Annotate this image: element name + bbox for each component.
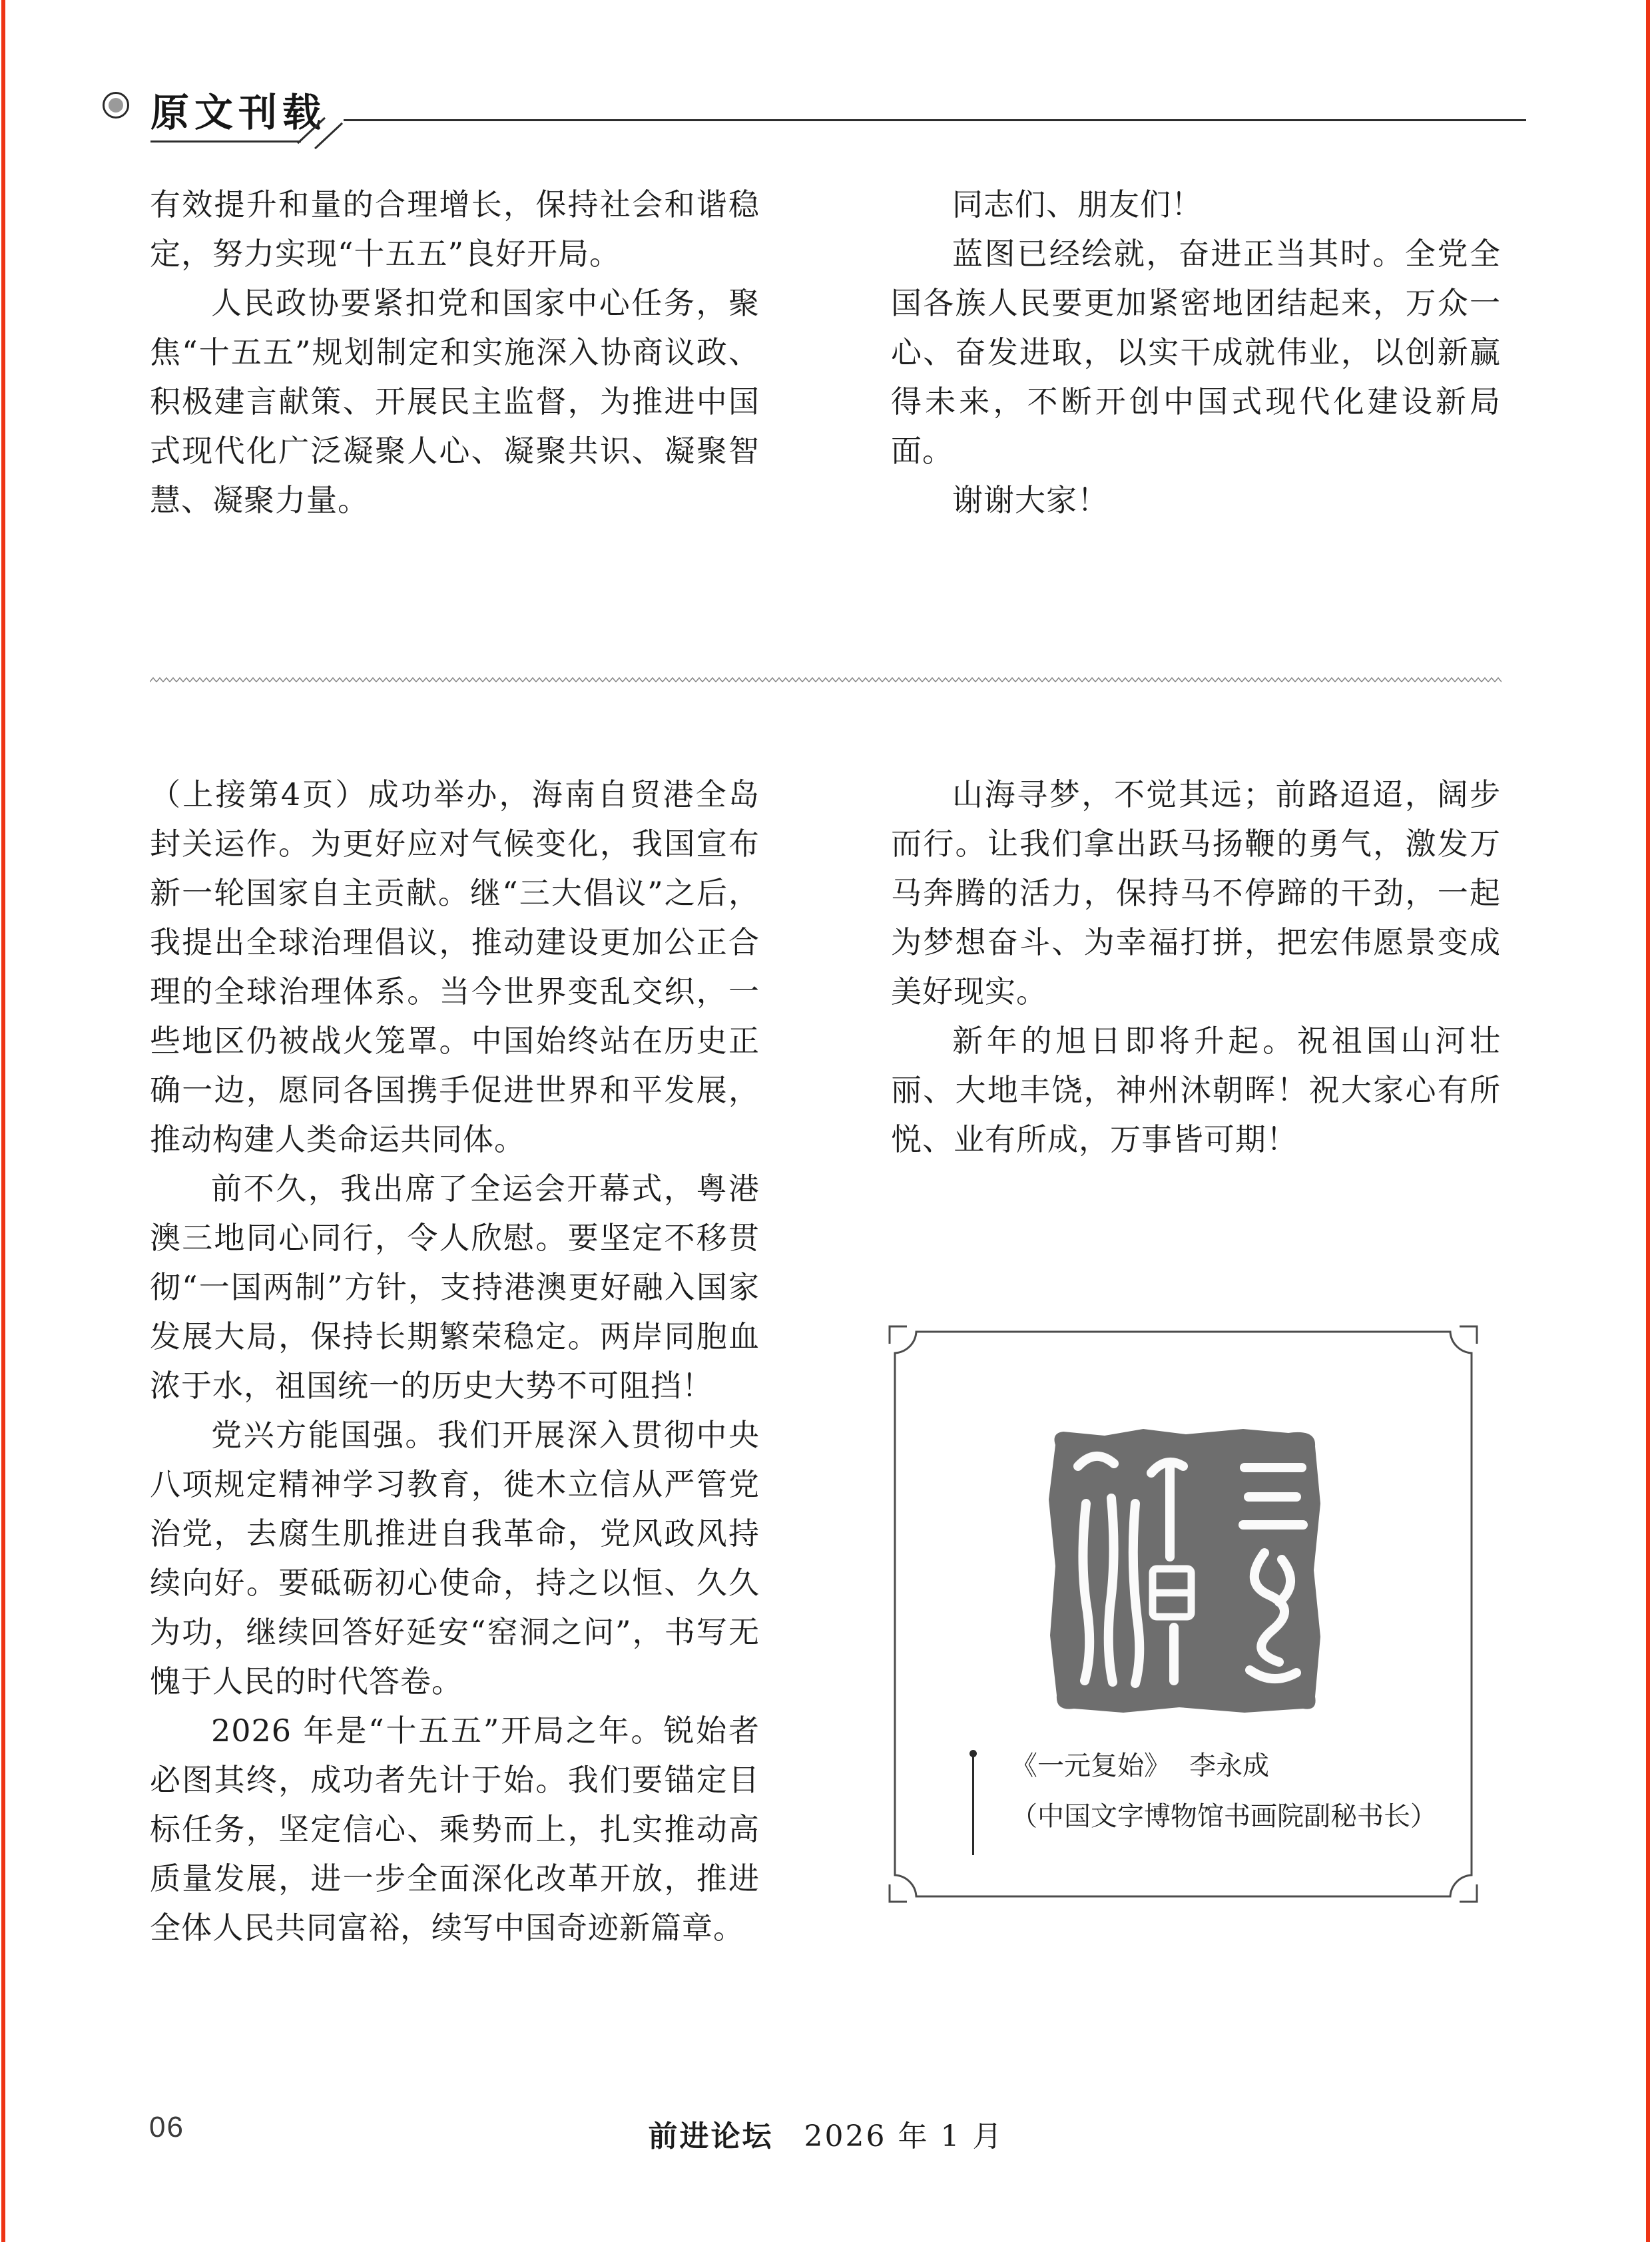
paragraph: 人民政协要紧扣党和国家中心任务，聚焦“十五五”规划制定和实施深入协商议政、积极建… bbox=[150, 278, 760, 525]
section1-right-column: 同志们、朋友们！ 蓝图已经绘就，奋进正当其时。全党全国各族人民要更加紧密地团结起… bbox=[891, 180, 1501, 525]
footer-journal-title: 前进论坛 bbox=[649, 2119, 774, 2153]
zigzag-divider bbox=[150, 674, 1502, 682]
artist-title: （中国文字博物馆书画院副秘书长） bbox=[1011, 1791, 1450, 1842]
header-rule-line bbox=[344, 119, 1526, 121]
title-underline bbox=[150, 140, 301, 142]
bullet-inner-dot bbox=[109, 98, 123, 113]
seal-stamp-image bbox=[1045, 1425, 1324, 1715]
section1-left-column: 有效提升和量的合理增长，保持社会和谐稳定，努力实现“十五五”良好开局。 人民政协… bbox=[150, 180, 760, 525]
footer-center: 前进论坛2026 年 1 月 bbox=[0, 2112, 1652, 2155]
paragraph: 同志们、朋友们！ bbox=[891, 180, 1501, 229]
paragraph: 山海寻梦，不觉其远；前路迢迢，阔步而行。让我们拿出跃马扬鞭的勇气，激发万马奔腾的… bbox=[891, 770, 1501, 1016]
section-bullet-icon bbox=[103, 92, 129, 119]
section2-left-column: （上接第4页）成功举办，海南自贸港全岛封关运作。为更好应对气候变化，我国宣布新一… bbox=[150, 770, 760, 1952]
seal-caption-title-row: 《一元复始》李永成 bbox=[1011, 1741, 1450, 1791]
section2-right-column: 山海寻梦，不觉其远；前路迢迢，阔步而行。让我们拿出跃马扬鞭的勇气，激发万马奔腾的… bbox=[891, 770, 1501, 1164]
paragraph: 谢谢大家！ bbox=[891, 475, 1501, 525]
caption-marker-line bbox=[972, 1755, 974, 1855]
paragraph: 有效提升和量的合理增长，保持社会和谐稳定，努力实现“十五五”良好开局。 bbox=[150, 180, 760, 278]
paragraph: 新年的旭日即将升起。祝祖国山河壮丽、大地丰饶，神州沐朝晖！祝大家心有所悦、业有所… bbox=[891, 1016, 1501, 1164]
paragraph: 蓝图已经绘就，奋进正当其时。全党全国各族人民要更加紧密地团结起来，万众一心、奋发… bbox=[891, 229, 1501, 475]
paragraph: 党兴方能国强。我们开展深入贯彻中央八项规定精神学习教育，徙木立信从严管党治党，去… bbox=[150, 1410, 760, 1706]
paragraph: （上接第4页）成功举办，海南自贸港全岛封关运作。为更好应对气候变化，我国宣布新一… bbox=[150, 770, 760, 1164]
artist-name: 李永成 bbox=[1189, 1751, 1269, 1781]
magazine-page: 原文刊载 有效提升和量的合理增长，保持社会和谐稳定，努力实现“十五五”良好开局。… bbox=[0, 0, 1652, 2242]
page-title: 原文刊载 bbox=[150, 81, 326, 137]
paragraph: 前不久，我出席了全运会开幕式，粤港澳三地同心同行，令人欣慰。要坚定不移贯彻“一国… bbox=[150, 1164, 760, 1410]
seal-caption: 《一元复始》李永成 （中国文字博物馆书画院副秘书长） bbox=[1011, 1741, 1450, 1842]
right-edge-red-line bbox=[1646, 0, 1650, 2242]
seal-artwork-panel: 《一元复始》李永成 （中国文字博物馆书画院副秘书长） bbox=[887, 1324, 1480, 1904]
left-edge-red-line bbox=[1, 0, 5, 2242]
footer-issue-date: 2026 年 1 月 bbox=[804, 2119, 1004, 2153]
artwork-title: 《一元复始》 bbox=[1011, 1751, 1171, 1781]
paragraph: 2026 年是“十五五”开局之年。锐始者必图其终，成功者先计于始。我们要锚定目标… bbox=[150, 1706, 760, 1952]
